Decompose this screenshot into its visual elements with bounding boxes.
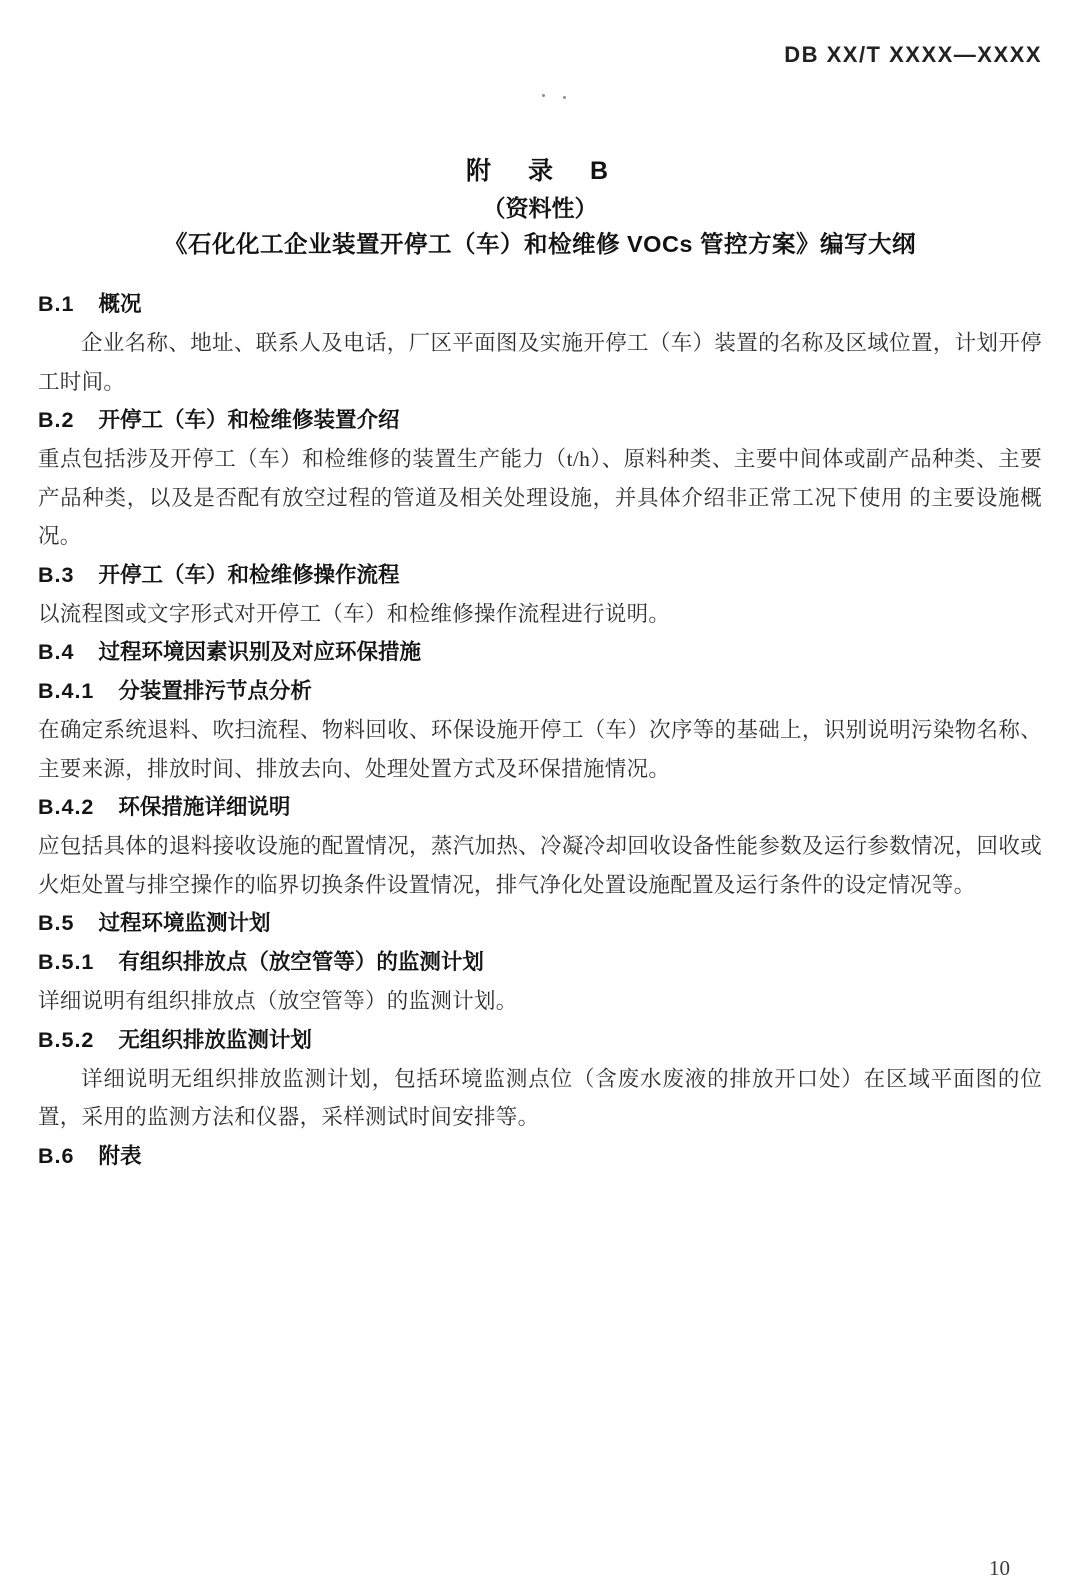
- section-title: 分装置排污节点分析: [118, 679, 312, 703]
- scan-artifact-dots: [542, 94, 584, 100]
- document-footer: 10: [0, 1556, 1080, 1581]
- section-paragraph: 详细说明无组织排放监测计划，包括环境监测点位（含废水废液的排放开口处）在区域平面…: [38, 1060, 1042, 1137]
- section-heading-b-4: B.4过程环境因素识别及对应环保措施: [38, 633, 1042, 672]
- appendix-subject-title: 《石化化工企业装置开停工（车）和检维修 VOCs 管控方案》编写大纲: [38, 227, 1042, 261]
- section-heading-b-4-1: B.4.1分装置排污节点分析: [38, 672, 1042, 711]
- section-heading-b-6: B.6附表: [38, 1137, 1042, 1176]
- section-title: 概况: [98, 292, 141, 316]
- title-block: 附 录 B （资料性） 《石化化工企业装置开停工（车）和检维修 VOCs 管控方…: [38, 154, 1042, 261]
- section-title: 开停工（车）和检维修操作流程: [98, 563, 399, 587]
- section-label: B.4.1: [38, 679, 94, 703]
- section-paragraph: 企业名称、地址、联系人及电话，厂区平面图及实施开停工（车）装置的名称及区域位置，…: [38, 324, 1042, 401]
- section-label: B.2: [38, 408, 74, 432]
- section-label: B.6: [38, 1144, 74, 1168]
- appendix-title: 附 录 B: [38, 154, 1042, 188]
- appendix-classification: （资料性）: [38, 191, 1042, 225]
- section-heading-b-5-2: B.5.2无组织排放监测计划: [38, 1021, 1042, 1060]
- section-title: 开停工（车）和检维修装置介绍: [98, 408, 399, 432]
- section-heading-b-1: B.1概况: [38, 285, 1042, 324]
- section-title: 有组织排放点（放空管等）的监测计划: [118, 950, 484, 974]
- section-label: B.5: [38, 911, 74, 935]
- section-title: 过程环境监测计划: [98, 911, 270, 935]
- section-label: B.3: [38, 563, 74, 587]
- section-title: 附表: [98, 1144, 141, 1168]
- section-paragraph: 应包括具体的退料接收设施的配置情况，蒸汽加热、冷凝冷却回收设备性能参数及运行参数…: [38, 827, 1042, 904]
- document-header: DB XX/T XXXX—XXXX: [38, 42, 1042, 68]
- page-number: 10: [989, 1556, 1010, 1580]
- section-heading-b-4-2: B.4.2环保措施详细说明: [38, 788, 1042, 827]
- section-paragraph: 详细说明有组织排放点（放空管等）的监测计划。: [38, 982, 1042, 1021]
- section-label: B.5.1: [38, 950, 94, 974]
- standard-number: DB XX/T XXXX—XXXX: [784, 42, 1042, 67]
- document-body: B.1概况 企业名称、地址、联系人及电话，厂区平面图及实施开停工（车）装置的名称…: [38, 285, 1042, 1176]
- section-label: B.4.2: [38, 795, 94, 819]
- section-paragraph: 以流程图或文字形式对开停工（车）和检维修操作流程进行说明。: [38, 595, 1042, 634]
- section-paragraph: 在确定系统退料、吹扫流程、物料回收、环保设施开停工（车）次序等的基础上，识别说明…: [38, 711, 1042, 788]
- section-heading-b-5-1: B.5.1有组织排放点（放空管等）的监测计划: [38, 943, 1042, 982]
- section-label: B.5.2: [38, 1028, 94, 1052]
- section-heading-b-3: B.3开停工（车）和检维修操作流程: [38, 556, 1042, 595]
- section-title: 无组织排放监测计划: [118, 1028, 312, 1052]
- section-title: 环保措施详细说明: [118, 795, 290, 819]
- section-label: B.4: [38, 640, 74, 664]
- section-title: 过程环境因素识别及对应环保措施: [98, 640, 421, 664]
- document-page: DB XX/T XXXX—XXXX 附 录 B （资料性） 《石化化工企业装置开…: [0, 0, 1080, 1595]
- section-heading-b-5: B.5过程环境监测计划: [38, 904, 1042, 943]
- section-heading-b-2: B.2开停工（车）和检维修装置介绍: [38, 401, 1042, 440]
- section-paragraph: 重点包括涉及开停工（车）和检维修的装置生产能力（t/h）、原料种类、主要中间体或…: [38, 440, 1042, 556]
- section-label: B.1: [38, 292, 74, 316]
